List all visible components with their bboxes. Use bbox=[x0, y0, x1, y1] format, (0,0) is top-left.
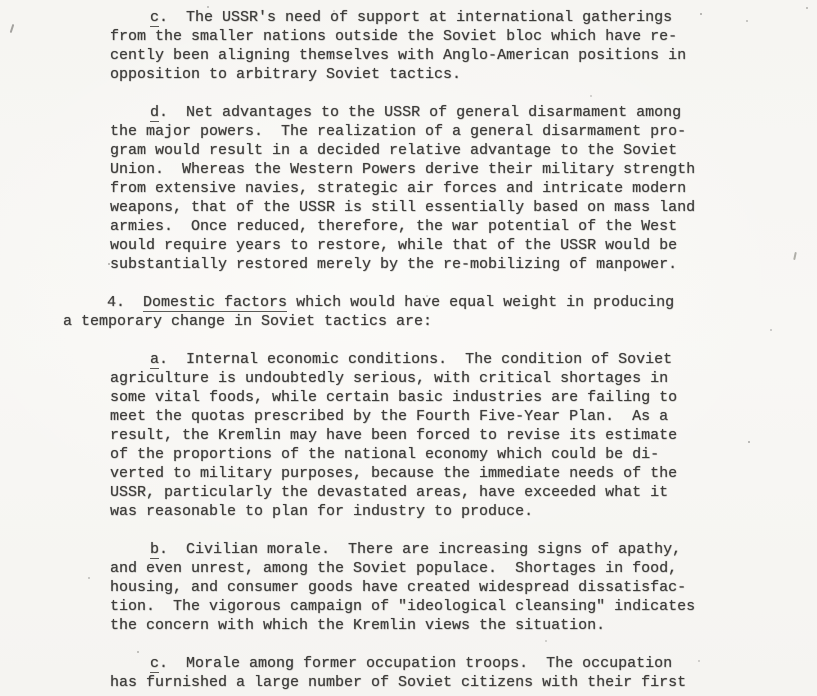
text-line: the concern with which the Kremlin views… bbox=[110, 616, 817, 635]
text-line: verted to military purposes, because the… bbox=[110, 464, 817, 483]
line-text: which would have equal weight in produci… bbox=[287, 294, 674, 311]
line-text: Net advantages to the USSR of general di… bbox=[186, 104, 681, 121]
text-line: from extensive navies, strategic air for… bbox=[110, 179, 817, 198]
text-line: tion. The vigorous campaign of "ideologi… bbox=[110, 597, 817, 616]
text-line: housing, and consumer goods have created… bbox=[110, 578, 817, 597]
label-separator: . bbox=[159, 351, 186, 368]
text-line: d. Net advantages to the USSR of general… bbox=[110, 103, 817, 122]
underlined-phrase: Domestic factors bbox=[143, 294, 287, 312]
text-line: was reasonable to plan for industry to p… bbox=[110, 502, 817, 521]
item-number: 4. bbox=[107, 294, 125, 311]
label-separator: . bbox=[159, 9, 186, 26]
text-line: of the proportions of the national econo… bbox=[110, 445, 817, 464]
text-line: from the smaller nations outside the Sov… bbox=[110, 27, 817, 46]
text-line: and even unrest, among the Soviet popula… bbox=[110, 559, 817, 578]
paragraph-label: d bbox=[150, 104, 159, 122]
text-line: c. The USSR's need of support at interna… bbox=[110, 8, 817, 27]
item-4-domestic-factors: 4. Domestic factors which would have equ… bbox=[63, 293, 817, 331]
paragraph-c-international-support: c. The USSR's need of support at interna… bbox=[110, 8, 817, 84]
line-text: Civilian morale. There are increasing si… bbox=[186, 541, 681, 558]
text-line: a temporary change in Soviet tactics are… bbox=[63, 312, 817, 331]
text-line: the major powers. The realization of a g… bbox=[110, 122, 817, 141]
text-line: meet the quotas prescribed by the Fourth… bbox=[110, 407, 817, 426]
label-separator: . bbox=[159, 655, 186, 672]
text-line: agriculture is undoubtedly serious, with… bbox=[110, 369, 817, 388]
text-line: opposition to arbitrary Soviet tactics. bbox=[110, 65, 817, 84]
label-separator: . bbox=[159, 541, 186, 558]
text-line: c. Morale among former occupation troops… bbox=[110, 654, 817, 673]
paragraph-label: b bbox=[150, 541, 159, 559]
label-separator: . bbox=[159, 104, 186, 121]
text-line: gram would result in a decided relative … bbox=[110, 141, 817, 160]
line-text: Morale among former occupation troops. T… bbox=[186, 655, 672, 672]
line-text: Internal economic conditions. The condit… bbox=[186, 351, 672, 368]
paragraph-label: c bbox=[150, 9, 159, 27]
document-page: c. The USSR's need of support at interna… bbox=[0, 0, 817, 696]
paragraph-b-civilian-morale: b. Civilian morale. There are increasing… bbox=[110, 540, 817, 635]
text-line: USSR, particularly the devastated areas,… bbox=[110, 483, 817, 502]
typewritten-text-block: c. The USSR's need of support at interna… bbox=[0, 8, 817, 692]
paragraph-label: a bbox=[150, 351, 159, 369]
paragraph-d-disarmament: d. Net advantages to the USSR of general… bbox=[110, 103, 817, 274]
text-line: would require years to restore, while th… bbox=[110, 236, 817, 255]
scan-speckles bbox=[0, 0, 2, 2]
text-line: a. Internal economic conditions. The con… bbox=[110, 350, 817, 369]
paragraph-c-occupation-troops: c. Morale among former occupation troops… bbox=[110, 654, 817, 692]
paragraph-a-economic-conditions: a. Internal economic conditions. The con… bbox=[110, 350, 817, 521]
text-line: armies. Once reduced, therefore, the war… bbox=[110, 217, 817, 236]
text-line: substantially restored merely by the re-… bbox=[110, 255, 817, 274]
line-text: The USSR's need of support at internatio… bbox=[186, 9, 672, 26]
text-line: Union. Whereas the Western Powers derive… bbox=[110, 160, 817, 179]
text-line: cently been aligning themselves with Ang… bbox=[110, 46, 817, 65]
label-separator bbox=[125, 294, 143, 311]
text-line: 4. Domestic factors which would have equ… bbox=[63, 293, 817, 312]
paragraph-label: c bbox=[150, 655, 159, 673]
text-line: some vital foods, while certain basic in… bbox=[110, 388, 817, 407]
text-line: b. Civilian morale. There are increasing… bbox=[110, 540, 817, 559]
text-line: weapons, that of the USSR is still essen… bbox=[110, 198, 817, 217]
text-line: has furnished a large number of Soviet c… bbox=[110, 673, 817, 692]
text-line: result, the Kremlin may have been forced… bbox=[110, 426, 817, 445]
